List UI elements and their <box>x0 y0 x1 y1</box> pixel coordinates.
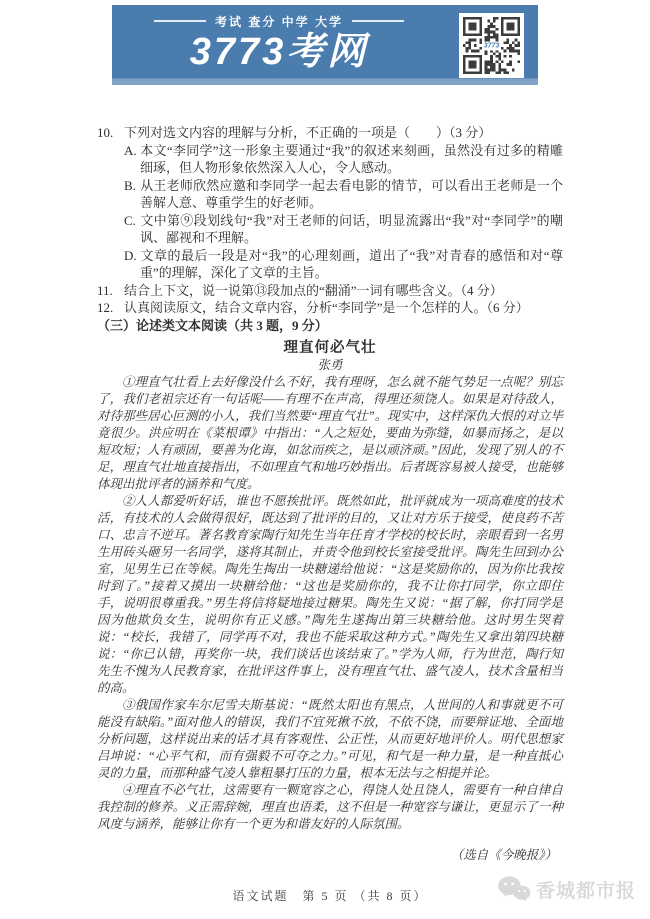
qr-center-label: 3773 <box>482 41 502 50</box>
option-b-text: 从王老师欣然应邀和李同学一起去看电影的情节，可以看出王老师是一个善解人意、尊重学… <box>140 178 563 211</box>
essay-paragraph-2: ②人人都爱听好话，谁也不愿挨批评。既然如此，批评就成为一项高难度的技术活，有技术… <box>97 493 563 697</box>
question-10-option-b: B.从王老师欣然应邀和李同学一起去看电影的情节，可以看出王老师是一个善解人意、尊… <box>124 177 563 212</box>
option-b-label: B. <box>124 177 140 195</box>
essay-paragraph-4: ④理直不必气壮，这需要有一颗宽容之心，得饶人处且饶人，需要有一种自律自我控制的修… <box>97 782 563 833</box>
newspaper-watermark: 香城都市报 <box>497 875 636 903</box>
question-10-stem: 下列对选文内容的理解与分析，不正确的一项是（ ）（3 分） <box>124 125 491 140</box>
tagline-rule-left <box>154 20 206 22</box>
qr-code: 3773 <box>459 13 524 78</box>
question-10-option-c: C.文中第⑨段划线句“我”对王老师的问话，明显流露出“我”对“李同学”的嘲讽、鄙… <box>124 212 563 247</box>
question-10-option-d: D.文章的最后一段是对“我”的心理刻画，道出了“我”对青春的感悟和对“尊重”的理… <box>124 247 563 282</box>
site-banner: 考试 查分 中学 大学 3773考网 3773 <box>112 5 538 85</box>
watermark-text: 香城都市报 <box>536 876 636 903</box>
option-a-text: 本文“李同学”这一形象主要通过“我”的叙述来刻画，虽然没有过多的精雕细琢，但人物… <box>140 143 563 176</box>
wechat-icon <box>497 875 531 903</box>
question-10-number: 10. <box>97 124 124 142</box>
question-10-option-a: A.本文“李同学”这一形象主要通过“我”的叙述来刻画，虽然没有过多的精雕细琢，但… <box>124 142 563 177</box>
site-logo: 3773考网 <box>190 30 369 74</box>
tagline-rule-right <box>352 20 404 22</box>
option-a-label: A. <box>124 142 140 160</box>
scanned-exam-page: 考试 查分 中学 大学 3773考网 3773 10.下列对选文内容的理解与分析… <box>0 5 650 906</box>
banner-tagline-text: 考试 查分 中学 大学 <box>215 13 343 30</box>
question-12-stem: 认真阅读原文，结合文章内容，分析“李同学”是一个怎样的人。（6 分） <box>124 300 529 315</box>
option-c-text: 文中第⑨段划线句“我”对王老师的问话，明显流露出“我”对“李同学”的嘲讽、鄙视和… <box>140 213 563 246</box>
page-number-label: 语文试题 第 5 页 （共 8 页） <box>97 888 563 906</box>
exam-content: 10.下列对选文内容的理解与分析，不正确的一项是（ ）（3 分） A.本文“李同… <box>97 124 563 906</box>
question-11-number: 11. <box>97 282 124 300</box>
section-heading: （三）论述类文本阅读（共 3 题，9 分） <box>97 317 563 335</box>
option-d-label: D. <box>124 247 140 265</box>
banner-text-block: 考试 查分 中学 大学 3773考网 <box>112 5 446 79</box>
essay-paragraph-3: ③俄国作家车尔尼雪夫斯基说：“既然太阳也有黑点，人世间的人和事就更不可能没有缺陷… <box>97 697 563 782</box>
question-12: 12.认真阅读原文，结合文章内容，分析“李同学”是一个怎样的人。（6 分） <box>97 299 563 317</box>
question-11-stem: 结合上下文，说一说第⑬段加点的“翻涌”一词有哪些含义。（4 分） <box>124 283 503 298</box>
essay-paragraph-1: ①理直气壮看上去好像没什么不好，我有理呀，怎么就不能气势足一点呢？别忘了，我们老… <box>97 374 563 493</box>
question-10: 10.下列对选文内容的理解与分析，不正确的一项是（ ）（3 分） <box>97 124 563 142</box>
banner-tagline: 考试 查分 中学 大学 <box>154 13 404 30</box>
question-12-number: 12. <box>97 299 124 317</box>
essay-title: 理直何必气壮 <box>97 339 563 357</box>
essay-source: （选自《今晚报》） <box>97 847 563 864</box>
option-d-text: 文章的最后一段是对“我”的心理刻画，道出了“我”对青春的感悟和对“尊重”的理解，… <box>140 248 563 281</box>
question-11: 11.结合上下文，说一说第⑬段加点的“翻涌”一词有哪些含义。（4 分） <box>97 282 563 300</box>
option-c-label: C. <box>124 212 140 230</box>
essay-author: 张勇 <box>97 357 563 374</box>
